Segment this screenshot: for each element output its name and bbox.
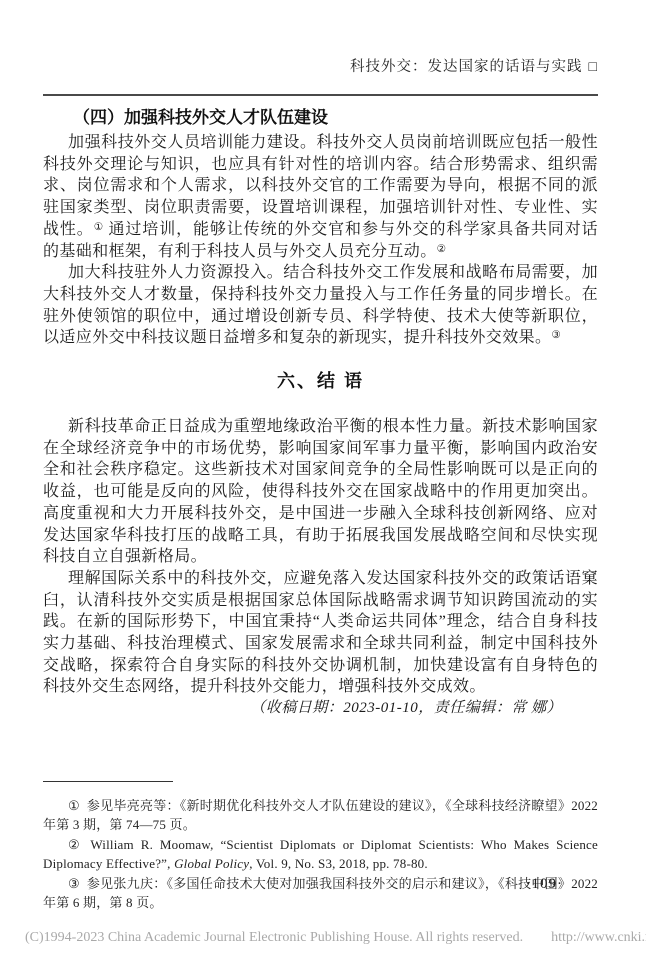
footnote-2-text-end: , Vol. 9, No. S3, 2018, pp. 78-80. (249, 856, 428, 871)
end-box-symbol: □ (589, 59, 598, 77)
footnote-1-marker: ① (68, 798, 80, 813)
running-head: 科技外交：发达国家的话语与实践□ (43, 58, 598, 77)
footnote-1: ①参见毕亮亮等：《新时期优化科技外交人才队伍建设的建议》，《全球科技经济瞭望》2… (43, 796, 598, 835)
header-rule (43, 94, 598, 96)
footnote-ref-3: ③ (551, 330, 560, 341)
footnote-ref-1: ① (94, 222, 104, 233)
conclusion-heading: 六、结 语 (43, 369, 598, 394)
paragraph-text: 加大科技驻外人力资源投入。结合科技外交工作发展和战略布局需要，加大科技外交人才数… (43, 264, 598, 346)
page-content: 科技外交：发达国家的话语与实践□ （四）加强科技外交人才队伍建设 加强科技外交人… (43, 0, 598, 913)
paragraph-conclusion-1: 新科技革命正日益成为重塑地缘政治平衡的根本性力量。新技术影响国家在全球经济竞争中… (43, 416, 598, 568)
site-url: http://www.cnki.net (551, 930, 646, 945)
paragraph-text: 通过培训，能够让传统的外交官和参与外交的科学家具备共同对话的基础和框架，有利于科… (43, 221, 598, 260)
footnote-2: ②William R. Moomaw, “Scientist Diplomats… (43, 835, 598, 874)
running-title: 科技外交：发达国家的话语与实践 (350, 59, 583, 75)
footnote-2-marker: ② (68, 837, 83, 852)
subsection-heading: （四）加强科技外交人才队伍建设 (43, 107, 598, 129)
page-number: ·109· (43, 876, 598, 893)
footnote-1-text: 参见毕亮亮等：《新时期优化科技外交人才队伍建设的建议》，《全球科技经济瞭望》20… (43, 798, 598, 833)
paragraph-training: 加强科技外交人员培训能力建设。科技外交人员岗前培训既应包括一般性科技外交理论与知… (43, 132, 598, 262)
footer: (C)1994-2023 China Academic Journal Elec… (25, 929, 646, 947)
footnote-ref-2: ② (437, 244, 446, 255)
copyright-notice: (C)1994-2023 China Academic Journal Elec… (25, 930, 523, 945)
paragraph-conclusion-2: 理解国际关系中的科技外交，应避免落入发达国家科技外交的政策话语窠臼，认清科技外交… (43, 568, 598, 698)
paragraph-hr-investment: 加大科技驻外人力资源投入。结合科技外交工作发展和战略布局需要，加大科技外交人才数… (43, 262, 598, 349)
footnote-2-journal: Global Policy (174, 856, 249, 871)
footnotes-block: ①参见毕亮亮等：《新时期优化科技外交人才队伍建设的建议》，《全球科技经济瞭望》2… (43, 796, 598, 913)
dateline: （收稿日期：2023-01-10，责任编辑：常 娜） (43, 698, 598, 720)
document-page: 科技外交：发达国家的话语与实践□ （四）加强科技外交人才队伍建设 加强科技外交人… (0, 0, 646, 968)
footnote-separator-rule (43, 781, 173, 782)
